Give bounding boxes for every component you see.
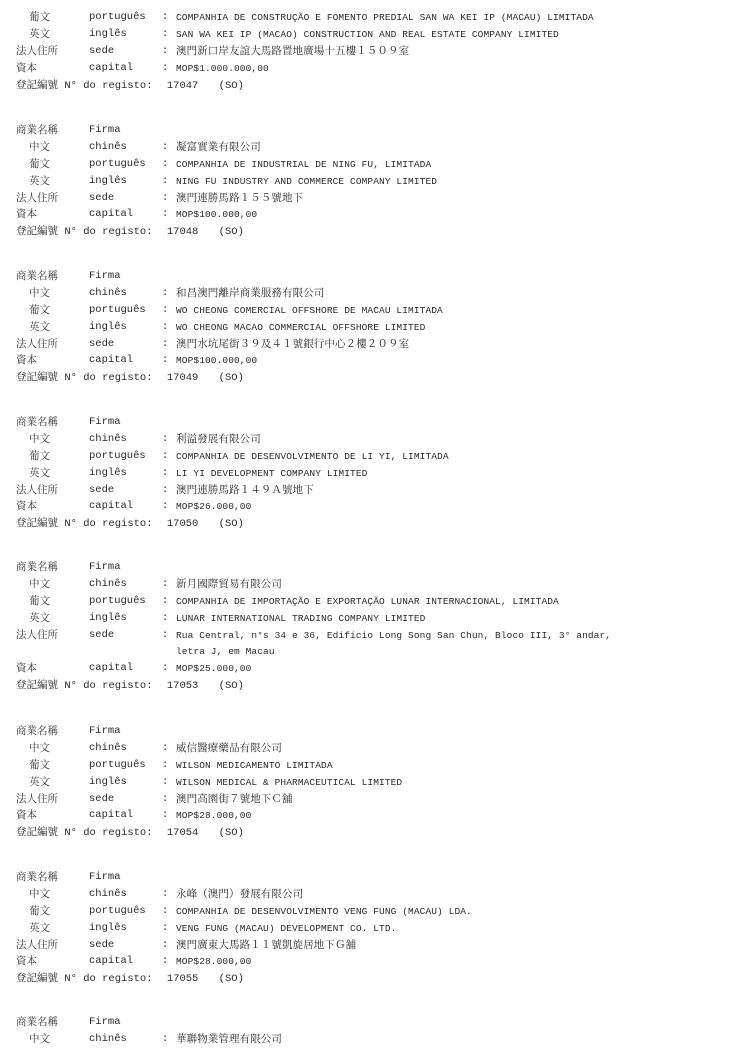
registo-number: 17048	[167, 226, 199, 238]
firma-label-pt: Firma	[89, 268, 121, 285]
colon: :	[162, 139, 168, 156]
sede-label-pt: sede	[89, 627, 114, 644]
registo-line: 登記編號 N° do registo: 17053 (SO)	[16, 677, 244, 695]
portuguese-name: WO CHEONG COMERCIAL OFFSHORE DE MACAU LI…	[176, 302, 443, 319]
capital-label-pt: capital	[89, 498, 133, 515]
firma-label-cn: 商業名稱	[16, 559, 58, 576]
ingles-label-cn: 英文	[29, 774, 50, 791]
portugues-label-cn: 葡文	[29, 903, 50, 920]
firma-label-cn: 商業名稱	[16, 723, 58, 740]
chinese-name-row: 中文 chinês : 凝富實業有限公司	[0, 139, 736, 156]
firma-label-cn: 商業名稱	[16, 869, 58, 886]
capital-row: 資本 capital : MOP$1.000.000,00	[0, 60, 736, 77]
colon: :	[162, 206, 168, 223]
chines-label-cn: 中文	[29, 139, 50, 156]
capital-label-cn: 資本	[16, 953, 37, 970]
colon: :	[162, 791, 168, 808]
chines-label-pt: chinês	[89, 431, 127, 448]
firma-label-cn: 商業名稱	[16, 122, 58, 139]
colon: :	[162, 302, 168, 319]
chinese-name-row: 中文 chinês : 威信醫療藥品有限公司	[0, 740, 736, 757]
colon: :	[162, 156, 168, 173]
registo-label-pt: N° do registo:	[64, 80, 152, 92]
english-name: LUNAR INTERNATIONAL TRADING COMPANY LIMI…	[176, 610, 425, 627]
registo-number: 17053	[167, 680, 199, 692]
colon: :	[162, 740, 168, 757]
portugues-label-pt: português	[89, 593, 146, 610]
portugues-label-cn: 葡文	[29, 156, 50, 173]
registo-label-pt: N° do registo:	[64, 226, 152, 238]
sede-label-cn: 法人住所	[16, 627, 58, 644]
portugues-label-pt: português	[89, 9, 146, 26]
ingles-label-cn: 英文	[29, 465, 50, 482]
chines-label-cn: 中文	[29, 1031, 50, 1048]
capital-amount: MOP$28.000,00	[176, 807, 251, 824]
portuguese-name-row: 葡文 português : COMPANHIA DE DESENVOLVIME…	[0, 448, 736, 465]
chines-label-pt: chinês	[89, 285, 127, 302]
capital-row: 資本 capital : MOP$100.000,00	[0, 206, 736, 223]
portuguese-name: COMPANHIA DE DESENVOLVIMENTO VENG FUNG (…	[176, 903, 472, 920]
english-name-row: 英文 inglês : WILSON MEDICAL & PHARMACEUTI…	[0, 774, 736, 791]
ingles-label-cn: 英文	[29, 26, 50, 43]
colon: :	[162, 465, 168, 482]
chines-label-pt: chinês	[89, 576, 127, 593]
portuguese-name: COMPANHIA DE INDUSTRIAL DE NING FU, LIMI…	[176, 156, 431, 173]
sede-label-cn: 法人住所	[16, 336, 58, 353]
ingles-label-cn: 英文	[29, 920, 50, 937]
chines-label-pt: chinês	[89, 740, 127, 757]
registo-line: 登記編號 N° do registo: 17050 (SO)	[16, 515, 244, 533]
chinese-name-row: 中文 chinês : 新月國際貿易有限公司	[0, 576, 736, 593]
chinese-name: 新月國際貿易有限公司	[176, 576, 282, 593]
colon: :	[162, 627, 168, 644]
chinese-name-row: 中文 chinês : 和昌澳門離岸商業服務有限公司	[0, 285, 736, 302]
capital-label-pt: capital	[89, 807, 133, 824]
sede-address: 澳門新口岸友誼大馬路置地廣場十五樓１５０９室	[176, 43, 409, 60]
registo-row: 登記編號 N° do registo: 17055 (SO)	[0, 970, 736, 987]
sede-row: 法人住所 sede : 澳門連勝馬路１４９Ａ號地下	[0, 482, 736, 499]
registo-label-cn: 登記編號	[16, 371, 58, 383]
sede-address: Rua Central, n°s 34 e 36, Edifício Long …	[176, 627, 611, 644]
registo-label-cn: 登記編號	[16, 517, 58, 529]
chinese-name: 華聯物業管理有限公司	[176, 1031, 282, 1048]
capital-label-cn: 資本	[16, 807, 37, 824]
portuguese-name: COMPANHIA DE DESENVOLVIMENTO DE LI YI, L…	[176, 448, 449, 465]
registo-label-pt: N° do registo:	[64, 680, 152, 692]
capital-label-cn: 資本	[16, 498, 37, 515]
capital-label-cn: 資本	[16, 60, 37, 77]
portugues-label-cn: 葡文	[29, 302, 50, 319]
registo-label-cn: 登記編號	[16, 826, 58, 838]
capital-row: 資本 capital : MOP$28.000,00	[0, 807, 736, 824]
firma-row: 商業名稱 Firma	[0, 559, 736, 576]
sede-row: 法人住所 sede : 澳門水坑尾街３９及４１號銀行中心２樓２０９室	[0, 336, 736, 353]
colon: :	[162, 482, 168, 499]
colon: :	[162, 610, 168, 627]
colon: :	[162, 1031, 168, 1048]
sede-label-pt: sede	[89, 482, 114, 499]
registo-row: 登記編號 N° do registo: 17053 (SO)	[0, 677, 736, 694]
sede-row: 法人住所 sede : 澳門廣東大馬路１１號凱旋居地下Ｇ舖	[0, 937, 736, 954]
colon: :	[162, 576, 168, 593]
colon: :	[162, 43, 168, 60]
sede-label-pt: sede	[89, 190, 114, 207]
colon: :	[162, 774, 168, 791]
english-name-row: 英文 inglês : SAN WA KEI IP (MACAO) CONSTR…	[0, 26, 736, 43]
sede-row: 法人住所 sede : 澳門高園街７號地下Ｃ舖	[0, 791, 736, 808]
firma-row: 商業名稱 Firma	[0, 414, 736, 431]
colon: :	[162, 903, 168, 920]
chines-label-pt: chinês	[89, 886, 127, 903]
capital-amount: MOP$25.000,00	[176, 660, 251, 677]
english-name: VENG FUNG (MACAU) DEVELOPMENT CO. LTD.	[176, 920, 396, 937]
capital-amount: MOP$28.000,00	[176, 953, 251, 970]
firma-label-pt: Firma	[89, 122, 121, 139]
ingles-label-pt: inglês	[89, 173, 127, 190]
portuguese-name-row: 葡文 português : COMPANHIA DE INDUSTRIAL D…	[0, 156, 736, 173]
english-name: SAN WA KEI IP (MACAO) CONSTRUCTION AND R…	[176, 26, 559, 43]
colon: :	[162, 26, 168, 43]
english-name: NING FU INDUSTRY AND COMMERCE COMPANY LI…	[176, 173, 437, 190]
sede-address: 澳門連勝馬路１５５號地下	[176, 190, 303, 207]
colon: :	[162, 498, 168, 515]
portugues-label-pt: português	[89, 448, 146, 465]
colon: :	[162, 448, 168, 465]
capital-row: 資本 capital : MOP$26.000,00	[0, 498, 736, 515]
portuguese-name-row: 葡文 português : COMPANHIA DE DESENVOLVIME…	[0, 903, 736, 920]
registo-label-pt: N° do registo:	[64, 372, 152, 384]
capital-amount: MOP$26.000,00	[176, 498, 251, 515]
colon: :	[162, 953, 168, 970]
registo-label-cn: 登記編號	[16, 79, 58, 91]
chinese-name-row: 中文 chinês : 華聯物業管理有限公司	[0, 1031, 736, 1048]
capital-label-cn: 資本	[16, 206, 37, 223]
sede-address: 澳門水坑尾街３９及４１號銀行中心２樓２０９室	[176, 336, 409, 353]
colon: :	[162, 937, 168, 954]
portugues-label-cn: 葡文	[29, 9, 50, 26]
portugues-label-pt: português	[89, 156, 146, 173]
sede-label-cn: 法人住所	[16, 791, 58, 808]
sede-row: 法人住所 sede : 澳門連勝馬路１５５號地下	[0, 190, 736, 207]
english-name-row: 英文 inglês : LI YI DEVELOPMENT COMPANY LI…	[0, 465, 736, 482]
registo-suffix: (SO)	[219, 680, 244, 692]
capital-label-pt: capital	[89, 953, 133, 970]
chinese-name: 利溢發展有限公司	[176, 431, 261, 448]
firma-row: 商業名稱 Firma	[0, 869, 736, 886]
english-name: WILSON MEDICAL & PHARMACEUTICAL LIMITED	[176, 774, 402, 791]
registo-line: 登記編號 N° do registo: 17048 (SO)	[16, 223, 244, 241]
chines-label-pt: chinês	[89, 1031, 127, 1048]
registo-number: 17049	[167, 372, 199, 384]
ingles-label-pt: inglês	[89, 26, 127, 43]
colon: :	[162, 285, 168, 302]
colon: :	[162, 431, 168, 448]
capital-amount: MOP$100.000,00	[176, 352, 257, 369]
portugues-label-pt: português	[89, 757, 146, 774]
firma-row: 商業名稱 Firma	[0, 122, 736, 139]
portugues-label-cn: 葡文	[29, 593, 50, 610]
chinese-name: 凝富實業有限公司	[176, 139, 261, 156]
colon: :	[162, 660, 168, 677]
chines-label-cn: 中文	[29, 431, 50, 448]
chines-label-cn: 中文	[29, 886, 50, 903]
sede-address: 澳門廣東大馬路１１號凱旋居地下Ｇ舖	[176, 937, 356, 954]
firma-label-pt: Firma	[89, 414, 121, 431]
firma-label-cn: 商業名稱	[16, 268, 58, 285]
sede-address: 澳門高園街７號地下Ｃ舖	[176, 791, 293, 808]
sede-label-pt: sede	[89, 43, 114, 60]
ingles-label-cn: 英文	[29, 610, 50, 627]
registo-label-pt: N° do registo:	[64, 973, 152, 985]
portugues-label-pt: português	[89, 302, 146, 319]
chines-label-pt: chinês	[89, 139, 127, 156]
colon: :	[162, 319, 168, 336]
portuguese-name: COMPANHIA DE CONSTRUÇÃO E FOMENTO PREDIA…	[176, 9, 594, 26]
ingles-label-cn: 英文	[29, 319, 50, 336]
registo-row: 登記編號 N° do registo: 17049 (SO)	[0, 369, 736, 386]
colon: :	[162, 190, 168, 207]
portuguese-name-row: 葡文 português : COMPANHIA DE CONSTRUÇÃO E…	[0, 9, 736, 26]
colon: :	[162, 757, 168, 774]
firma-label-pt: Firma	[89, 869, 121, 886]
chinese-name-row: 中文 chinês : 利溢發展有限公司	[0, 431, 736, 448]
registo-number: 17055	[167, 973, 199, 985]
portuguese-name-row: 葡文 português : WILSON MEDICAMENTO LIMITA…	[0, 757, 736, 774]
registo-suffix: (SO)	[219, 226, 244, 238]
capital-label-pt: capital	[89, 352, 133, 369]
registo-suffix: (SO)	[219, 80, 244, 92]
chines-label-cn: 中文	[29, 740, 50, 757]
colon: :	[162, 807, 168, 824]
capital-row: 資本 capital : MOP$28.000,00	[0, 953, 736, 970]
english-name: LI YI DEVELOPMENT COMPANY LIMITED	[176, 465, 367, 482]
capital-label-pt: capital	[89, 60, 133, 77]
capital-label-pt: capital	[89, 206, 133, 223]
capital-row: 資本 capital : MOP$25.000,00	[0, 660, 736, 677]
registo-suffix: (SO)	[219, 518, 244, 530]
firma-row: 商業名稱 Firma	[0, 1014, 736, 1031]
registo-row: 登記編號 N° do registo: 17054 (SO)	[0, 824, 736, 841]
chinese-name: 和昌澳門離岸商業服務有限公司	[176, 285, 324, 302]
portuguese-name: COMPANHIA DE IMPORTAÇÃO E EXPORTAÇÃO LUN…	[176, 593, 559, 610]
colon: :	[162, 593, 168, 610]
capital-amount: MOP$1.000.000,00	[176, 60, 269, 77]
firma-row: 商業名稱 Firma	[0, 268, 736, 285]
colon: :	[162, 9, 168, 26]
ingles-label-pt: inglês	[89, 774, 127, 791]
colon: :	[162, 920, 168, 937]
sede-label-pt: sede	[89, 791, 114, 808]
registo-label-cn: 登記編號	[16, 972, 58, 984]
colon: :	[162, 173, 168, 190]
registo-line: 登記編號 N° do registo: 17047 (SO)	[16, 77, 244, 95]
chinese-name: 威信醫療藥品有限公司	[176, 740, 282, 757]
portugues-label-cn: 葡文	[29, 448, 50, 465]
english-name-row: 英文 inglês : VENG FUNG (MACAU) DEVELOPMEN…	[0, 920, 736, 937]
capital-row: 資本 capital : MOP$100.000,00	[0, 352, 736, 369]
colon: :	[162, 886, 168, 903]
chines-label-cn: 中文	[29, 576, 50, 593]
registo-label-pt: N° do registo:	[64, 827, 152, 839]
registo-suffix: (SO)	[219, 827, 244, 839]
sede-address-line2: letra J, em Macau	[176, 643, 275, 660]
colon: :	[162, 336, 168, 353]
portuguese-name-row: 葡文 português : WO CHEONG COMERCIAL OFFSH…	[0, 302, 736, 319]
registo-label-cn: 登記編號	[16, 225, 58, 237]
sede-label-cn: 法人住所	[16, 482, 58, 499]
sede-row-continued: letra J, em Macau	[0, 643, 736, 660]
english-name-row: 英文 inglês : WO CHEONG MACAO COMMERCIAL O…	[0, 319, 736, 336]
sede-label-cn: 法人住所	[16, 937, 58, 954]
registo-number: 17054	[167, 827, 199, 839]
english-name-row: 英文 inglês : LUNAR INTERNATIONAL TRADING …	[0, 610, 736, 627]
ingles-label-pt: inglês	[89, 610, 127, 627]
registo-label-cn: 登記編號	[16, 679, 58, 691]
firma-label-cn: 商業名稱	[16, 1014, 58, 1031]
sede-label-pt: sede	[89, 336, 114, 353]
chinese-name: 永峰（澳門）發展有限公司	[176, 886, 303, 903]
firma-label-pt: Firma	[89, 723, 121, 740]
sede-address: 澳門連勝馬路１４９Ａ號地下	[176, 482, 314, 499]
portuguese-name: WILSON MEDICAMENTO LIMITADA	[176, 757, 333, 774]
portugues-label-pt: português	[89, 903, 146, 920]
capital-amount: MOP$100.000,00	[176, 206, 257, 223]
registo-line: 登記編號 N° do registo: 17049 (SO)	[16, 369, 244, 387]
firma-label-pt: Firma	[89, 559, 121, 576]
registo-suffix: (SO)	[219, 973, 244, 985]
registo-line: 登記編號 N° do registo: 17055 (SO)	[16, 970, 244, 988]
ingles-label-pt: inglês	[89, 465, 127, 482]
capital-label-cn: 資本	[16, 660, 37, 677]
english-name-row: 英文 inglês : NING FU INDUSTRY AND COMMERC…	[0, 173, 736, 190]
sede-label-cn: 法人住所	[16, 43, 58, 60]
capital-label-pt: capital	[89, 660, 133, 677]
sede-label-cn: 法人住所	[16, 190, 58, 207]
capital-label-cn: 資本	[16, 352, 37, 369]
sede-label-pt: sede	[89, 937, 114, 954]
ingles-label-pt: inglês	[89, 920, 127, 937]
english-name: WO CHEONG MACAO COMMERCIAL OFFSHORE LIMI…	[176, 319, 425, 336]
registo-label-pt: N° do registo:	[64, 518, 152, 530]
firma-label-pt: Firma	[89, 1014, 121, 1031]
ingles-label-cn: 英文	[29, 173, 50, 190]
firma-label-cn: 商業名稱	[16, 414, 58, 431]
registo-suffix: (SO)	[219, 372, 244, 384]
sede-row: 法人住所 sede : Rua Central, n°s 34 e 36, Ed…	[0, 627, 736, 644]
chines-label-cn: 中文	[29, 285, 50, 302]
colon: :	[162, 60, 168, 77]
registo-row: 登記編號 N° do registo: 17050 (SO)	[0, 515, 736, 532]
registo-number: 17047	[167, 80, 199, 92]
ingles-label-pt: inglês	[89, 319, 127, 336]
registo-line: 登記編號 N° do registo: 17054 (SO)	[16, 824, 244, 842]
firma-row: 商業名稱 Firma	[0, 723, 736, 740]
registo-row: 登記編號 N° do registo: 17047 (SO)	[0, 77, 736, 94]
registo-number: 17050	[167, 518, 199, 530]
colon: :	[162, 352, 168, 369]
portugues-label-cn: 葡文	[29, 757, 50, 774]
registo-row: 登記編號 N° do registo: 17048 (SO)	[0, 223, 736, 240]
sede-row: 法人住所 sede : 澳門新口岸友誼大馬路置地廣場十五樓１５０９室	[0, 43, 736, 60]
portuguese-name-row: 葡文 português : COMPANHIA DE IMPORTAÇÃO E…	[0, 593, 736, 610]
chinese-name-row: 中文 chinês : 永峰（澳門）發展有限公司	[0, 886, 736, 903]
